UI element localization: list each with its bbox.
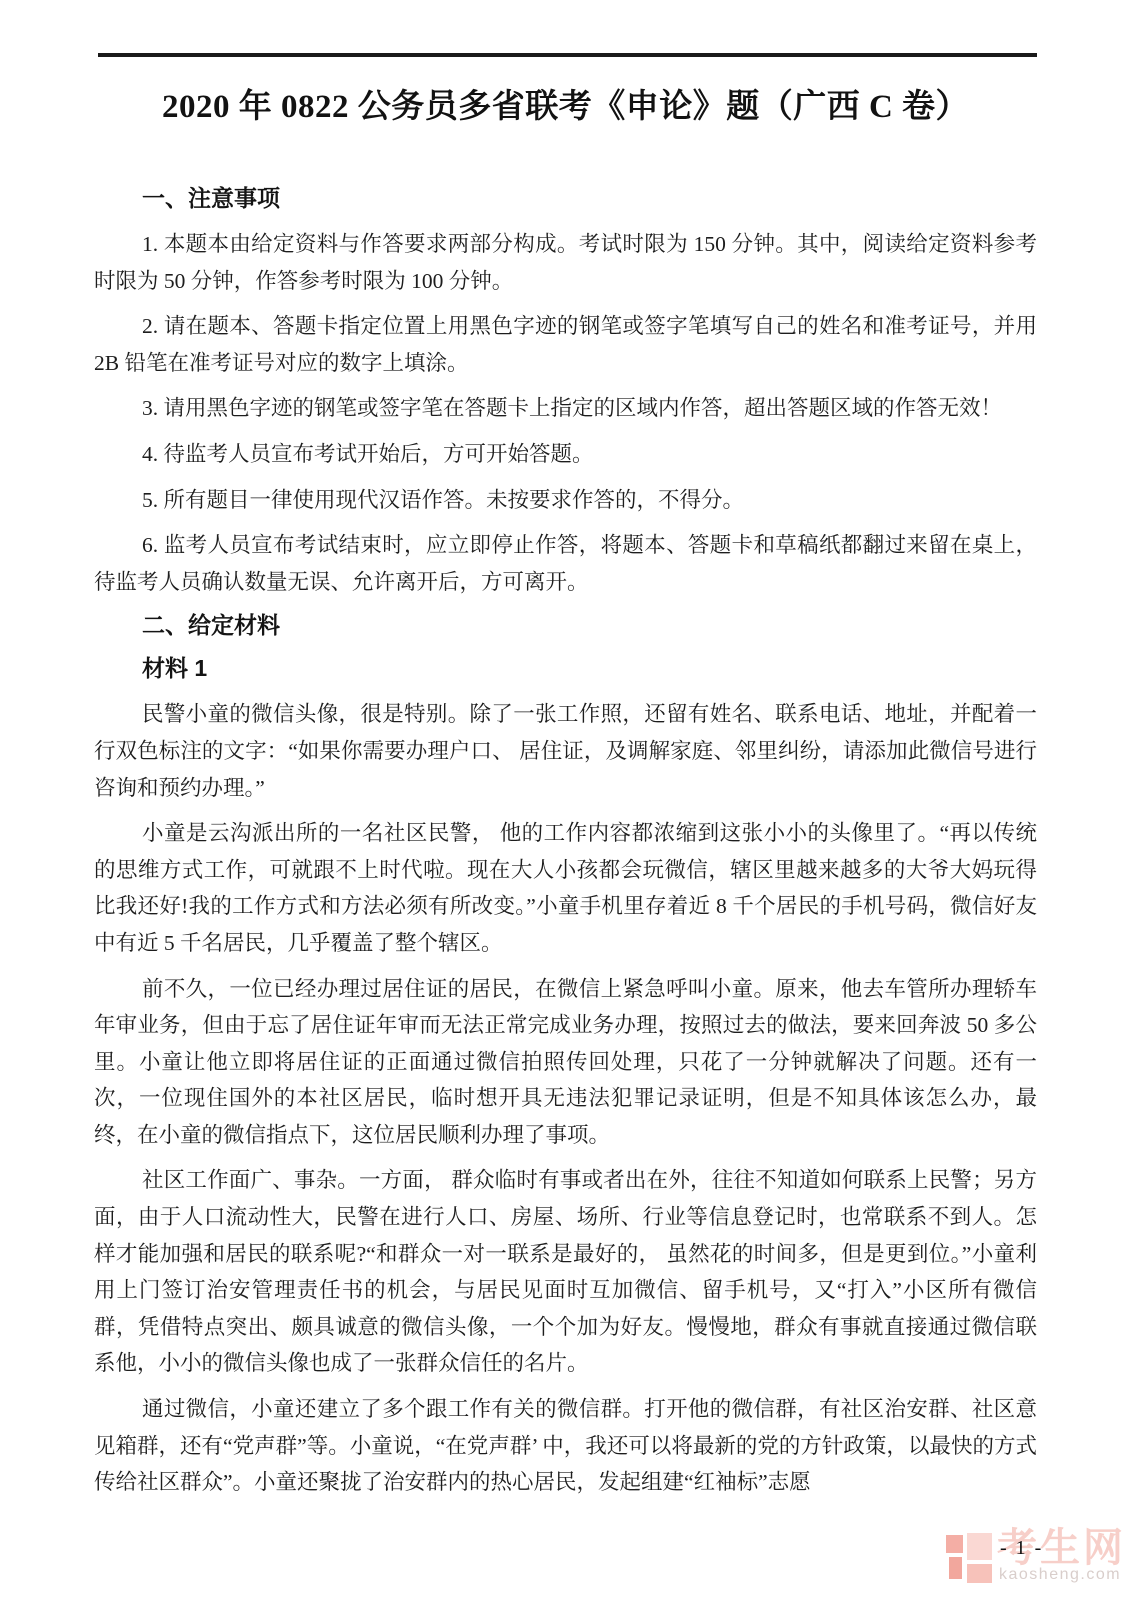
notice-item-2: 2. 请在题本、答题卡指定位置上用黑色字迹的钢笔或签字笔填写自己的姓名和准考证号… [94,308,1037,381]
materials-section-heading: 二、给定材料 [94,610,1037,640]
logo-square [967,1533,992,1560]
notice-item-1: 1. 本题本由给定资料与作答要求两部分构成。考试时限为 150 分钟。其中，阅读… [94,226,1037,299]
notice-item-6: 6. 监考人员宣布考试结束时，应立即停止作答，将题本、答题卡和草稿纸都翻过来留在… [94,527,1037,600]
kaosheng-logo-icon [946,1533,992,1583]
notice-item-3: 3. 请用黑色字迹的钢笔或签字笔在答题卡上指定的区域内作答，超出答题区域的作答无… [94,390,1037,427]
material-1-paragraph-2: 小童是云沟派出所的一名社区民警， 他的工作内容都浓缩到这张小小的头像里了。“再以… [94,815,1037,961]
logo-square [949,1557,962,1579]
page-title: 2020 年 0822 公务员多省联考《申论》题（广西 C 卷） [94,87,1037,127]
header-double-rule [98,53,1037,57]
document-body: 一、注意事项 1. 本题本由给定资料与作答要求两部分构成。考试时限为 150 分… [94,183,1037,1501]
notice-section-heading: 一、注意事项 [94,183,1037,213]
notice-item-5: 5. 所有题目一律使用现代汉语作答。未按要求作答的，不得分。 [94,482,1037,519]
logo-square [946,1535,963,1553]
exam-paper-page: 2020 年 0822 公务员多省联考《申论》题（广西 C 卷） 一、注意事项 … [0,0,1131,1600]
notice-item-4: 4. 待监考人员宣布考试开始后，方可开始答题。 [94,436,1037,473]
material-1-heading: 材料 1 [94,653,1037,683]
logo-square [967,1564,992,1583]
material-1-paragraph-5: 通过微信，小童还建立了多个跟工作有关的微信群。打开他的微信群，有社区治安群、社区… [94,1391,1037,1501]
page-number: - 1 - [1000,1537,1043,1559]
watermark-site-domain: kaosheng.com [999,1566,1121,1584]
material-1-paragraph-1: 民警小童的微信头像，很是特别。除了一张工作照，还留有姓名、联系电话、地址，并配着… [94,696,1037,806]
material-1-paragraph-3: 前不久，一位已经办理过居住证的居民，在微信上紧急呼叫小童。原来，他去车管所办理轿… [94,971,1037,1154]
page-footer: 考生网 kaosheng.com - 1 - [0,1524,1131,1600]
material-1-paragraph-4: 社区工作面广、事杂。一方面， 群众临时有事或者出在外，往往不知道如何联系上民警；… [94,1162,1037,1382]
